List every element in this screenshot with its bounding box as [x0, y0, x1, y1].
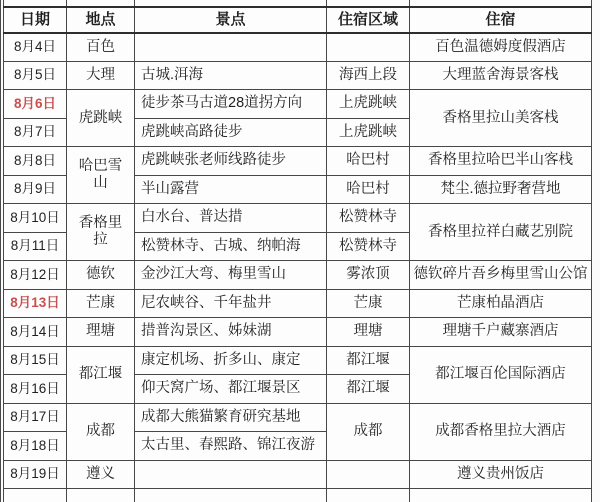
date-cell: 8月16日 — [4, 375, 67, 404]
location-cell: 百色 — [67, 33, 135, 62]
header-area: 住宿区域 — [327, 7, 410, 33]
spot-cell: 徒步茶马古道28道拐方向 — [135, 90, 327, 119]
spot-cell: 仰天窝广场、都江堰景区 — [135, 375, 327, 404]
date-cell: 8月10日 — [4, 204, 67, 233]
location-cell-merged: 虎跳峡 — [67, 90, 135, 147]
date-cell: 8月4日 — [4, 33, 67, 62]
header-spots: 景点 — [135, 7, 327, 33]
date-cell: 8月12日 — [4, 261, 67, 290]
itinerary-table: 日期 地点 景点 住宿区域 住宿 8月4日 百色 百色温德姆度假酒店 8月5日 … — [3, 0, 592, 502]
table-row: 8月13日 芒康 尼农峡谷、千年盐井 芒康 芒康柏晶酒店 — [4, 289, 592, 318]
table-row: 8月6日 虎跳峡 徒步茶马古道28道拐方向 上虎跳峡 香格里拉山美客栈 — [4, 90, 592, 119]
location-cell-merged: 香格里拉 — [67, 204, 135, 261]
location-cell-merged: 成都 — [67, 403, 135, 460]
spot-cell: 虎跳峡张老师线路徒步 — [135, 147, 327, 176]
header-location: 地点 — [67, 7, 135, 33]
empty-cell — [67, 489, 135, 502]
date-cell: 8月14日 — [4, 318, 67, 347]
spot-cell: 虎跳峡高路徒步 — [135, 118, 327, 147]
table-row: 8月10日 香格里拉 白水台、普达措 松赞林寺 香格里拉祥白藏艺别院 — [4, 204, 592, 233]
area-cell: 上虎跳峡 — [327, 90, 410, 119]
empty-cell — [4, 489, 67, 502]
area-cell-merged: 成都 — [327, 403, 410, 460]
area-cell: 芒康 — [327, 289, 410, 318]
table-row: 8月15日 都江堰 康定机场、折多山、康定 都江堰 都江堰百伦国际酒店 — [4, 346, 592, 375]
location-cell: 大理 — [67, 61, 135, 90]
header-row: 日期 地点 景点 住宿区域 住宿 — [4, 7, 592, 33]
area-cell: 雾浓顶 — [327, 261, 410, 290]
location-cell-merged: 哈巴雪山 — [67, 147, 135, 204]
spot-cell: 康定机场、折多山、康定 — [135, 346, 327, 375]
spot-cell: 松赞林寺、古城、纳帕海 — [135, 232, 327, 261]
date-cell: 8月7日 — [4, 118, 67, 147]
hotel-cell: 大理蓝舍海景客栈 — [410, 61, 592, 90]
spot-cell: 半山露营 — [135, 175, 327, 204]
date-cell: 8月11日 — [4, 232, 67, 261]
spot-cell: 古城.洱海 — [135, 61, 327, 90]
location-cell: 理塘 — [67, 318, 135, 347]
location-cell: 芒康 — [67, 289, 135, 318]
date-cell-highlighted: 8月13日 — [4, 289, 67, 318]
spot-cell: 措普沟景区、姊妹湖 — [135, 318, 327, 347]
header-hotel: 住宿 — [410, 7, 592, 33]
area-cell: 理塘 — [327, 318, 410, 347]
spot-cell: 成都大熊猫繁育研究基地 — [135, 403, 327, 432]
area-cell — [327, 33, 410, 62]
hotel-cell-merged: 都江堰百伦国际酒店 — [410, 346, 592, 403]
hotel-cell: 理塘千户藏寨酒店 — [410, 318, 592, 347]
header-date: 日期 — [4, 7, 67, 33]
area-cell — [327, 460, 410, 489]
area-cell: 都江堰 — [327, 375, 410, 404]
spot-cell — [135, 33, 327, 62]
hotel-cell-merged: 香格里拉祥白藏艺别院 — [410, 204, 592, 261]
hotel-cell: 香格里拉哈巴半山客栈 — [410, 147, 592, 176]
date-cell: 8月9日 — [4, 175, 67, 204]
location-cell: 德钦 — [67, 261, 135, 290]
table-row: 8月17日 成都 成都大熊猫繁育研究基地 成都 成都香格里拉大酒店 — [4, 403, 592, 432]
spot-cell: 白水台、普达措 — [135, 204, 327, 233]
empty-cell — [135, 489, 327, 502]
table-row: 8月5日 大理 古城.洱海 海西上段 大理蓝舍海景客栈 — [4, 61, 592, 90]
area-cell: 哈巴村 — [327, 147, 410, 176]
date-cell: 8月18日 — [4, 432, 67, 461]
spot-cell: 金沙江大弯、梅里雪山 — [135, 261, 327, 290]
area-cell: 上虎跳峡 — [327, 118, 410, 147]
hotel-cell: 百色温德姆度假酒店 — [410, 33, 592, 62]
table-row: 8月14日 理塘 措普沟景区、姊妹湖 理塘 理塘千户藏寨酒店 — [4, 318, 592, 347]
hotel-cell: 芒康柏晶酒店 — [410, 289, 592, 318]
table-row: 8月4日 百色 百色温德姆度假酒店 — [4, 33, 592, 62]
area-cell: 松赞林寺 — [327, 204, 410, 233]
hotel-cell-merged: 成都香格里拉大酒店 — [410, 403, 592, 460]
empty-cell — [410, 489, 592, 502]
table-row: 8月8日 哈巴雪山 虎跳峡张老师线路徒步 哈巴村 香格里拉哈巴半山客栈 — [4, 147, 592, 176]
empty-cell — [327, 489, 410, 502]
location-cell: 遵义 — [67, 460, 135, 489]
date-cell: 8月5日 — [4, 61, 67, 90]
date-cell: 8月15日 — [4, 346, 67, 375]
date-cell: 8月17日 — [4, 403, 67, 432]
itinerary-sheet: 日期 地点 景点 住宿区域 住宿 8月4日 百色 百色温德姆度假酒店 8月5日 … — [0, 0, 600, 502]
clipped-row-bottom — [4, 489, 592, 502]
hotel-cell: 遵义贵州饭店 — [410, 460, 592, 489]
table-row: 8月12日 德钦 金沙江大弯、梅里雪山 雾浓顶 德钦碎片吾乡梅里雪山公馆 — [4, 261, 592, 290]
area-cell: 松赞林寺 — [327, 232, 410, 261]
spot-cell: 太古里、春熙路、锦江夜游 — [135, 432, 327, 461]
spot-cell — [135, 460, 327, 489]
hotel-cell: 德钦碎片吾乡梅里雪山公馆 — [410, 261, 592, 290]
table-row: 8月19日 遵义 遵义贵州饭店 — [4, 460, 592, 489]
area-cell: 都江堰 — [327, 346, 410, 375]
location-cell-merged: 都江堰 — [67, 346, 135, 403]
area-cell: 海西上段 — [327, 61, 410, 90]
hotel-cell-merged: 香格里拉山美客栈 — [410, 90, 592, 147]
date-cell: 8月19日 — [4, 460, 67, 489]
area-cell: 哈巴村 — [327, 175, 410, 204]
spot-cell: 尼农峡谷、千年盐井 — [135, 289, 327, 318]
hotel-cell: 梵尘.德拉野奢营地 — [410, 175, 592, 204]
date-cell: 8月8日 — [4, 147, 67, 176]
date-cell-highlighted: 8月6日 — [4, 90, 67, 119]
